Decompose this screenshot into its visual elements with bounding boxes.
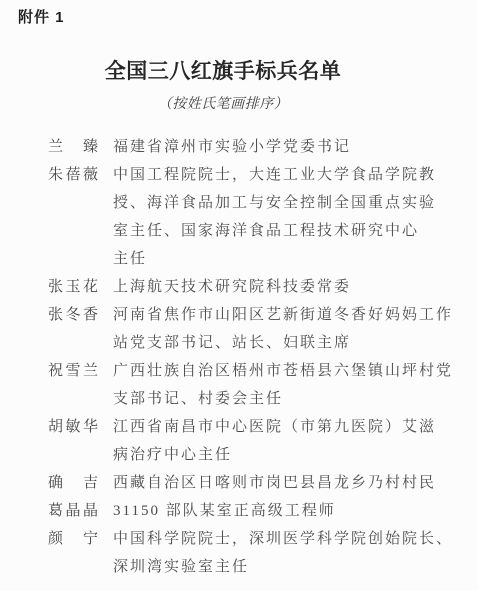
entry-description: 河南省焦作市山阳区艺新街道冬香好妈妈工作 站党支部书记、站长、妇联主席 — [113, 301, 465, 357]
entry-name: 祝雪兰 — [48, 357, 98, 385]
list-item: 胡敏华 江西省南昌市中心医院（市第九医院）艾滋 病治疗中心主任 — [48, 413, 478, 469]
entry-name: 确吉 — [48, 469, 98, 497]
honoree-list: 兰臻 福建省漳州市实验小学党委书记 朱蓓薇 中国工程院院士，大连工业大学食品学院… — [0, 133, 478, 581]
attachment-label: 附件 1 — [18, 8, 478, 28]
entry-name: 张玉花 — [48, 273, 98, 301]
list-item: 张玉花 上海航天技术研究院科技委常委 — [48, 273, 478, 301]
entry-description: 上海航天技术研究院科技委常委 — [113, 273, 465, 301]
entry-description: 江西省南昌市中心医院（市第九医院）艾滋 病治疗中心主任 — [113, 413, 465, 469]
list-item: 颜宁 中国科学院院士，深圳医学科学院创始院长、 深圳湾实验室主任 — [48, 525, 478, 581]
entry-description: 福建省漳州市实验小学党委书记 — [113, 133, 465, 161]
entry-description: 中国工程院院士，大连工业大学食品学院教 授、海洋食品加工与安全控制全国重点实验 … — [113, 161, 465, 273]
list-item: 祝雪兰 广西壮族自治区梧州市苍梧县六堡镇山坪村党 支部书记、村委会主任 — [48, 357, 478, 413]
list-item: 确吉 西藏自治区日喀则市岗巴县昌龙乡乃村村民 — [48, 469, 478, 497]
entry-description: 中国科学院院士，深圳医学科学院创始院长、 深圳湾实验室主任 — [113, 525, 465, 581]
entry-name: 胡敏华 — [48, 413, 98, 441]
entry-name: 朱蓓薇 — [48, 161, 98, 189]
entry-name: 颜宁 — [48, 525, 98, 553]
entry-description: 西藏自治区日喀则市岗巴县昌龙乡乃村村民 — [113, 469, 465, 497]
list-item: 葛晶晶 31150 部队某室正高级工程师 — [48, 497, 478, 525]
page-title: 全国三八红旗手标兵名单 — [0, 57, 446, 85]
sort-order-note: （按姓氏笔画排序） — [0, 91, 446, 119]
list-item: 朱蓓薇 中国工程院院士，大连工业大学食品学院教 授、海洋食品加工与安全控制全国重… — [48, 161, 478, 273]
entry-name: 张冬香 — [48, 301, 98, 329]
entry-description: 31150 部队某室正高级工程师 — [113, 497, 465, 525]
entry-description: 广西壮族自治区梧州市苍梧县六堡镇山坪村党 支部书记、村委会主任 — [113, 357, 465, 413]
document-header: 全国三八红旗手标兵名单 （按姓氏笔画排序） — [0, 57, 478, 119]
entry-name: 兰臻 — [48, 133, 98, 161]
entry-name: 葛晶晶 — [48, 497, 98, 525]
list-item: 张冬香 河南省焦作市山阳区艺新街道冬香好妈妈工作 站党支部书记、站长、妇联主席 — [48, 301, 478, 357]
list-item: 兰臻 福建省漳州市实验小学党委书记 — [48, 133, 478, 161]
document-page: 附件 1 全国三八红旗手标兵名单 （按姓氏笔画排序） 兰臻 福建省漳州市实验小学… — [0, 8, 478, 581]
